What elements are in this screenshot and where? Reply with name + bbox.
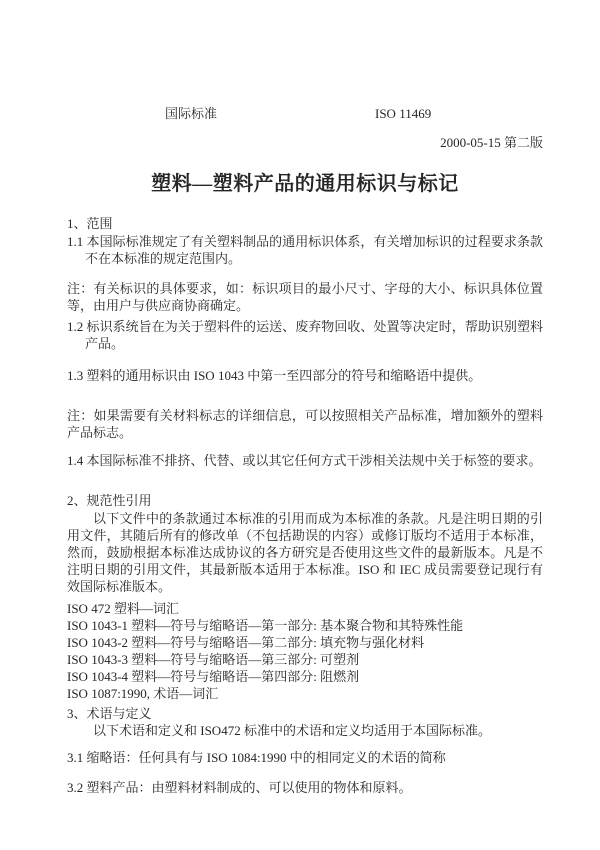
section-1-heading: 1、范围: [67, 215, 543, 232]
document-page: 国际标准 ISO 11469 2000-05-15 第二版 塑料—塑料产品的通用…: [67, 0, 543, 796]
section-3-heading: 3、术语与定义: [67, 705, 543, 722]
section-2-intro: 以下文件中的条款通过本标准的引用而成为本标准的条款。凡是注明日期的引用文件，其随…: [67, 510, 543, 595]
section-3-intro: 以下术语和定义和 ISO472 标准中的术语和定义均适用于本国际标准。: [67, 722, 543, 739]
reference-iso-1087: ISO 1087:1990, 术语—词汇: [67, 685, 543, 702]
clause-1-4: 1.4 本国际标准不排挤、代替、或以其它任何方式干涉相关法规中关于标签的要求。: [67, 452, 543, 469]
reference-iso-1043-1: ISO 1043-1 塑料—符号与缩略语—第一部分: 基本聚合物和其特殊性能: [67, 617, 543, 634]
reference-iso-1043-4: ISO 1043-4 塑料—符号与缩略语—第四部分: 阻燃剂: [67, 668, 543, 685]
clause-1-1: 1.1 本国际标准规定了有关塑料制品的通用标识体系，有关增加标识的过程要求条款不…: [67, 233, 543, 267]
document-title: 塑料—塑料产品的通用标识与标记: [67, 170, 543, 198]
clause-3-1: 3.1 缩略语：任何具有与 ISO 1084:1990 中的相同定义的术语的简称: [67, 749, 543, 766]
note-after-1-3: 注：如果需要有关材料标志的详细信息，可以按照相关产品标准，增加额外的塑料产品标志…: [67, 407, 543, 441]
clause-1-3: 1.3 塑料的通用标识由 ISO 1043 中第一至四部分的符号和缩略语中提供。: [67, 367, 543, 384]
reference-iso-1043-2: ISO 1043-2 塑料—符号与缩略语—第二部分: 填充物与强化材料: [67, 634, 543, 651]
note-after-1-1: 注：有关标识的具体要求，如：标识项目的最小尺寸、字母的大小、标识具体位置等，由用…: [67, 280, 543, 314]
reference-iso-1043-3: ISO 1043-3 塑料—符号与缩略语—第三部分: 可塑剂: [67, 651, 543, 668]
normative-references-list: ISO 472 塑料—词汇 ISO 1043-1 塑料—符号与缩略语—第一部分:…: [67, 600, 543, 702]
clause-1-2: 1.2 标识系统旨在为关于塑料件的运送、废弃物回收、处置等决定时，帮助识别塑料产…: [67, 318, 543, 352]
standard-number: ISO 11469: [375, 105, 431, 122]
intl-standard-label: 国际标准: [165, 105, 217, 122]
reference-iso-472: ISO 472 塑料—词汇: [67, 600, 543, 617]
clause-3-2: 3.2 塑料产品：由塑料材料制成的、可以使用的物体和原料。: [67, 779, 543, 796]
edition-date-line: 2000-05-15 第二版: [67, 134, 543, 151]
section-2-heading: 2、规范性引用: [67, 492, 543, 509]
document-header: 国际标准 ISO 11469: [67, 105, 543, 122]
